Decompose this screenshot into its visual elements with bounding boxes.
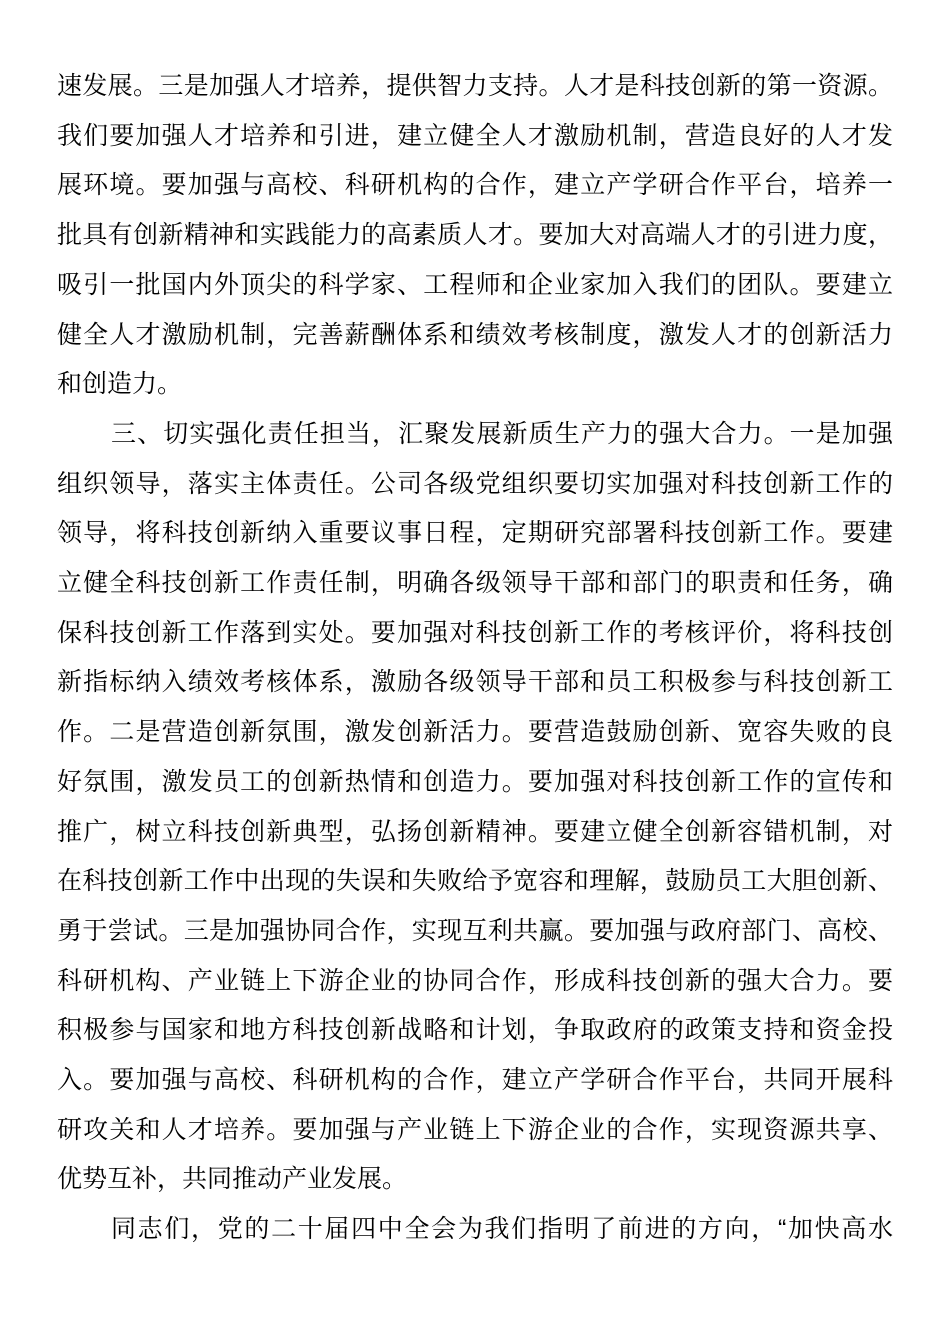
text-line: 同志们，党的二十届四中全会为我们指明了前进的方向，“加快高水 — [57, 1205, 893, 1255]
paragraph: 三、切实强化责任担当，汇聚发展新质生产力的强大合力。一是加强组织领导，落实主体责… — [57, 410, 893, 1205]
text-line: 组织领导，落实主体责任。公司各级党组织要切实加强对科技创新工作的 — [57, 460, 893, 510]
text-line: 科研机构、产业链上下游企业的协同合作，形成科技创新的强大合力。要 — [57, 957, 893, 1007]
text-line: 速发展。三是加强人才培养，提供智力支持。人才是科技创新的第一资源。 — [57, 62, 893, 112]
text-line: 立健全科技创新工作责任制，明确各级领导干部和部门的职责和任务，确 — [57, 559, 893, 609]
text-line: 优势互补，共同推动产业发展。 — [57, 1155, 893, 1205]
text-line: 三、切实强化责任担当，汇聚发展新质生产力的强大合力。一是加强 — [57, 410, 893, 460]
text-line: 在科技创新工作中出现的失误和失败给予宽容和理解，鼓励员工大胆创新、 — [57, 857, 893, 907]
text-line: 研攻关和人才培养。要加强与产业链上下游企业的合作，实现资源共享、 — [57, 1106, 893, 1156]
text-line: 领导，将科技创新纳入重要议事日程，定期研究部署科技创新工作。要建 — [57, 509, 893, 559]
text-line: 勇于尝试。三是加强协同合作，实现互利共赢。要加强与政府部门、高校、 — [57, 907, 893, 957]
text-line: 展环境。要加强与高校、科研机构的合作，建立产学研合作平台，培养一 — [57, 161, 893, 211]
document-body: 速发展。三是加强人才培养，提供智力支持。人才是科技创新的第一资源。我们要加强人才… — [57, 62, 893, 1255]
paragraph: 同志们，党的二十届四中全会为我们指明了前进的方向，“加快高水 — [57, 1205, 893, 1255]
text-line: 健全人才激励机制，完善薪酬体系和绩效考核制度，激发人才的创新活力 — [57, 311, 893, 361]
text-line: 保科技创新工作落到实处。要加强对科技创新工作的考核评价，将科技创 — [57, 609, 893, 659]
page: 速发展。三是加强人才培养，提供智力支持。人才是科技创新的第一资源。我们要加强人才… — [0, 0, 950, 1344]
document-page: { "colors": { "background": "#ffffff", "… — [0, 0, 950, 1344]
text-line: 作。二是营造创新氛围，激发创新活力。要营造鼓励创新、宽容失败的良 — [57, 708, 893, 758]
text-line: 批具有创新精神和实践能力的高素质人才。要加大对高端人才的引进力度， — [57, 211, 893, 261]
paragraph: 速发展。三是加强人才培养，提供智力支持。人才是科技创新的第一资源。我们要加强人才… — [57, 62, 893, 410]
text-line: 积极参与国家和地方科技创新战略和计划，争取政府的政策支持和资金投 — [57, 1006, 893, 1056]
text-line: 新指标纳入绩效考核体系，激励各级领导干部和员工积极参与科技创新工 — [57, 658, 893, 708]
text-line: 好氛围，激发员工的创新热情和创造力。要加强对科技创新工作的宣传和 — [57, 758, 893, 808]
text-line: 推广，树立科技创新典型，弘扬创新精神。要建立健全创新容错机制，对 — [57, 808, 893, 858]
text-line: 和创造力。 — [57, 360, 893, 410]
text-line: 我们要加强人才培养和引进，建立健全人才激励机制，营造良好的人才发 — [57, 112, 893, 162]
text-line: 吸引一批国内外顶尖的科学家、工程师和企业家加入我们的团队。要建立 — [57, 261, 893, 311]
text-line: 入。要加强与高校、科研机构的合作，建立产学研合作平台，共同开展科 — [57, 1056, 893, 1106]
